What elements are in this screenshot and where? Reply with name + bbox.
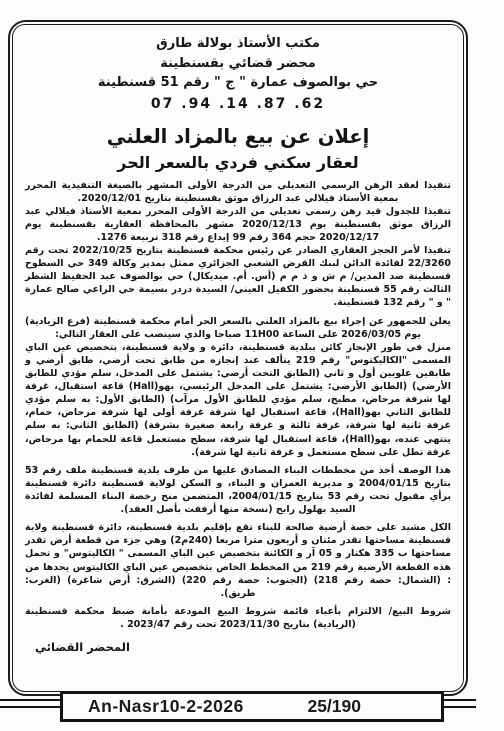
bottom-rule-left	[0, 699, 62, 708]
body-paragraph-land-parcel: الكل مشيد على حصة أرضية صالحة للبناء تقع…	[25, 521, 451, 600]
publication-name: An-Nasr10-2-2026	[88, 696, 244, 717]
body-paragraph-sale-conditions: شروط البيع/ الالتزام بأعباء قائمة شروط ا…	[25, 605, 451, 631]
notice-border-frame: مكتب الأستاذ بولالة طارق محضر قضائي بقسن…	[8, 20, 468, 696]
publication-bar: An-Nasr10-2-2026 25/190	[60, 691, 444, 722]
body-paragraph-auction-announcement: يعلن للجمهور عن إجراء بيع بالمزاد العلني…	[25, 315, 451, 341]
body-paragraph-property-description: منزل في طور الإنجاز كائن ببلدية قسنطينة،…	[25, 341, 451, 459]
office-phone: 07 .94 .14 .87 .62	[25, 94, 451, 115]
notice-border-frame-inner: مكتب الأستاذ بولالة طارق محضر قضائي بقسن…	[12, 24, 464, 692]
body-paragraph-mortgage-schedule: تنفيذا للجدول قيد رهن رسمي تعديلي من الد…	[25, 205, 451, 244]
office-name: مكتب الأستاذ بولالة طارق	[25, 34, 451, 54]
office-address: حي بوالصوف عمارة " ج " رقم 51 قسنطينة	[25, 73, 451, 93]
notice-subtitle: لعقار سكني فردي بالسعر الحر	[25, 153, 451, 172]
notice-title: إعلان عن بيع بالمزاد العلني	[25, 125, 451, 148]
office-header: مكتب الأستاذ بولالة طارق محضر قضائي بقسن…	[25, 34, 451, 115]
body-paragraph-plans-reference: هذا الوصف أخذ من مخططات البناء المصادق ع…	[25, 464, 451, 516]
page-number: 25/190	[307, 696, 361, 717]
office-role: محضر قضائي بقسنطينة	[25, 54, 451, 74]
body-paragraph-seizure-order: تنفيذا لأمر الحجز العقاري الصادر عن رئيس…	[25, 244, 451, 310]
body-paragraph-execution-deed: تنفيذا لعقد الرهن الرسمي التعديلي من الد…	[25, 179, 451, 205]
notice-body: تنفيذا لعقد الرهن الرسمي التعديلي من الد…	[25, 179, 451, 632]
bottom-rule-right	[440, 699, 476, 708]
scanned-notice-page: مكتب الأستاذ بولالة طارق محضر قضائي بقسن…	[0, 0, 504, 731]
signature-judicial-officer: المحضر القضائي	[25, 640, 451, 654]
notice-content: مكتب الأستاذ بولالة طارق محضر قضائي بقسن…	[25, 34, 451, 654]
